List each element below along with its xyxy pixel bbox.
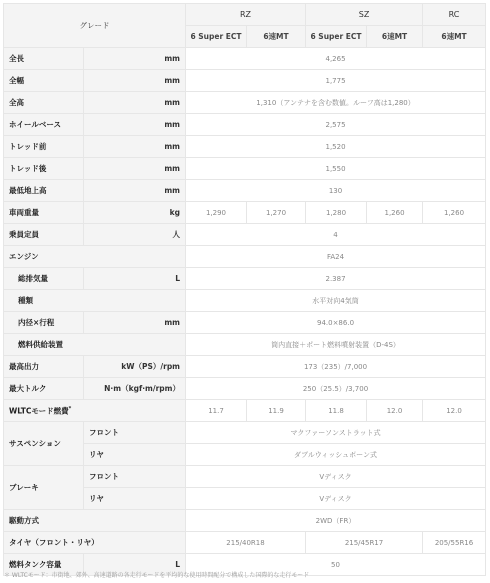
row-bore-stroke: 内径×行程 mm 94.0×86.0 <box>4 312 486 334</box>
row-unit: L <box>84 268 186 290</box>
row-label: 種類 <box>4 290 186 312</box>
row-capacity: 乗員定員 人 4 <box>4 224 486 246</box>
trim-header-rc: RC <box>423 4 486 26</box>
trim-header-rz: RZ <box>186 4 306 26</box>
row-label-text: WLTCモード燃費 <box>9 407 69 416</box>
row-value: 250（25.5）/3,700 <box>186 378 486 400</box>
grade-header: グレード <box>4 4 186 48</box>
row-brake-front: ブレーキ フロント Vディスク <box>4 466 486 488</box>
spec-table: グレード RZ SZ RC 6 Super ECT 6速MT 6 Super E… <box>3 3 486 576</box>
row-label: フロント <box>84 422 186 444</box>
row-value: 4 <box>186 224 486 246</box>
row-value-sz-mt: 12.0 <box>367 400 423 422</box>
row-unit: mm <box>84 158 186 180</box>
row-unit: mm <box>84 114 186 136</box>
row-label: 乗員定員 <box>4 224 84 246</box>
row-value-rz-ect: 11.7 <box>186 400 247 422</box>
header-row-trims: グレード RZ SZ RC <box>4 4 486 26</box>
row-value: Vディスク <box>186 466 486 488</box>
row-label: 内径×行程 <box>4 312 84 334</box>
row-value: ダブルウィッシュボーン式 <box>186 444 486 466</box>
row-value: マクファーソンストラット式 <box>186 422 486 444</box>
row-label: 駆動方式 <box>4 510 186 532</box>
row-max-torque: 最大トルク N·m（kgf·m/rpm） 250（25.5）/3,700 <box>4 378 486 400</box>
row-label: 総排気量 <box>4 268 84 290</box>
row-height: 全高 mm 1,310（アンテナを含む数値。ルーフ高は1,280） <box>4 92 486 114</box>
row-tire: タイヤ（フロント・リヤ） 215/40R18 215/45R17 205/55R… <box>4 532 486 554</box>
group-label-brake: ブレーキ <box>4 466 84 510</box>
row-fuel-system: 燃料供給装置 筒内直接＋ポート燃料噴射装置（D-4S） <box>4 334 486 356</box>
row-unit: mm <box>84 92 186 114</box>
row-value: 2.387 <box>186 268 486 290</box>
row-label: トレッド前 <box>4 136 84 158</box>
row-value: 1,520 <box>186 136 486 158</box>
row-unit: mm <box>84 136 186 158</box>
row-wheelbase: ホイールベース mm 2,575 <box>4 114 486 136</box>
row-unit: mm <box>84 48 186 70</box>
row-label: 全高 <box>4 92 84 114</box>
row-label: 車両重量 <box>4 202 84 224</box>
row-value: 94.0×86.0 <box>186 312 486 334</box>
row-unit: N·m（kgf·m/rpm） <box>84 378 186 400</box>
row-label: フロント <box>84 466 186 488</box>
row-value: 筒内直接＋ポート燃料噴射装置（D-4S） <box>186 334 486 356</box>
row-label: リヤ <box>84 488 186 510</box>
row-label: ホイールベース <box>4 114 84 136</box>
row-value-rz-ect: 1,290 <box>186 202 247 224</box>
row-label: 燃料供給装置 <box>4 334 186 356</box>
row-value: 1,775 <box>186 70 486 92</box>
row-engine-type: 種類 水平対向4気筒 <box>4 290 486 312</box>
row-weight: 車両重量 kg 1,290 1,270 1,280 1,260 1,260 <box>4 202 486 224</box>
row-engine: エンジン FA24 <box>4 246 486 268</box>
row-displacement: 総排気量 L 2.387 <box>4 268 486 290</box>
row-value: 2,575 <box>186 114 486 136</box>
row-value: FA24 <box>186 246 486 268</box>
row-label: 全長 <box>4 48 84 70</box>
row-value-rc: 205/55R16 <box>423 532 486 554</box>
trans-header-rz-mt: 6速MT <box>247 26 306 48</box>
row-value: 130 <box>186 180 486 202</box>
row-label: タイヤ（フロント・リヤ） <box>4 532 186 554</box>
trans-header-rz-ect: 6 Super ECT <box>186 26 247 48</box>
row-unit: kW（PS）/rpm <box>84 356 186 378</box>
row-max-power: 最高出力 kW（PS）/rpm 173（235）/7,000 <box>4 356 486 378</box>
row-value: 4,265 <box>186 48 486 70</box>
row-unit: mm <box>84 180 186 202</box>
row-suspension-front: サスペンション フロント マクファーソンストラット式 <box>4 422 486 444</box>
row-drive: 駆動方式 2WD（FR） <box>4 510 486 532</box>
row-value: 水平対向4気筒 <box>186 290 486 312</box>
row-label: WLTCモード燃費* <box>4 400 186 422</box>
row-value-rz-mt: 1,270 <box>247 202 306 224</box>
row-label: 全幅 <box>4 70 84 92</box>
row-value: Vディスク <box>186 488 486 510</box>
row-length: 全長 mm 4,265 <box>4 48 486 70</box>
row-label: 最大トルク <box>4 378 84 400</box>
row-value-sz-ect: 1,280 <box>306 202 367 224</box>
row-value-sz: 215/45R17 <box>306 532 423 554</box>
trans-header-sz-mt: 6速MT <box>367 26 423 48</box>
row-wltc: WLTCモード燃費* 11.7 11.9 11.8 12.0 12.0 <box>4 400 486 422</box>
row-value-rc-mt: 12.0 <box>423 400 486 422</box>
row-value: 2WD（FR） <box>186 510 486 532</box>
row-value: 1,550 <box>186 158 486 180</box>
row-label: リヤ <box>84 444 186 466</box>
row-tread-front: トレッド前 mm 1,520 <box>4 136 486 158</box>
row-label: トレッド後 <box>4 158 84 180</box>
row-tread-rear: トレッド後 mm 1,550 <box>4 158 486 180</box>
row-value-rc-mt: 1,260 <box>423 202 486 224</box>
row-unit: kg <box>84 202 186 224</box>
spec-table-container: グレード RZ SZ RC 6 Super ECT 6速MT 6 Super E… <box>3 3 485 576</box>
row-value-sz-ect: 11.8 <box>306 400 367 422</box>
row-value-sz-mt: 1,260 <box>367 202 423 224</box>
row-unit: mm <box>84 70 186 92</box>
trans-header-sz-ect: 6 Super ECT <box>306 26 367 48</box>
row-value: 1,310（アンテナを含む数値。ルーフ高は1,280） <box>186 92 486 114</box>
row-width: 全幅 mm 1,775 <box>4 70 486 92</box>
trim-header-sz: SZ <box>306 4 423 26</box>
row-value: 173（235）/7,000 <box>186 356 486 378</box>
footnote: ＊ WLTCモード：市街地、郊外、高速道路の各走行モードを平均的な使用時間配分で… <box>4 570 309 579</box>
row-value-rz: 215/40R18 <box>186 532 306 554</box>
row-label: 最高出力 <box>4 356 84 378</box>
row-value-rz-mt: 11.9 <box>247 400 306 422</box>
row-label: 最低地上高 <box>4 180 84 202</box>
trans-header-rc-mt: 6速MT <box>423 26 486 48</box>
row-ground-clearance: 最低地上高 mm 130 <box>4 180 486 202</box>
group-label-suspension: サスペンション <box>4 422 84 466</box>
row-unit: mm <box>84 312 186 334</box>
footnote-mark: * <box>69 406 72 412</box>
row-unit: 人 <box>84 224 186 246</box>
row-label: エンジン <box>4 246 186 268</box>
